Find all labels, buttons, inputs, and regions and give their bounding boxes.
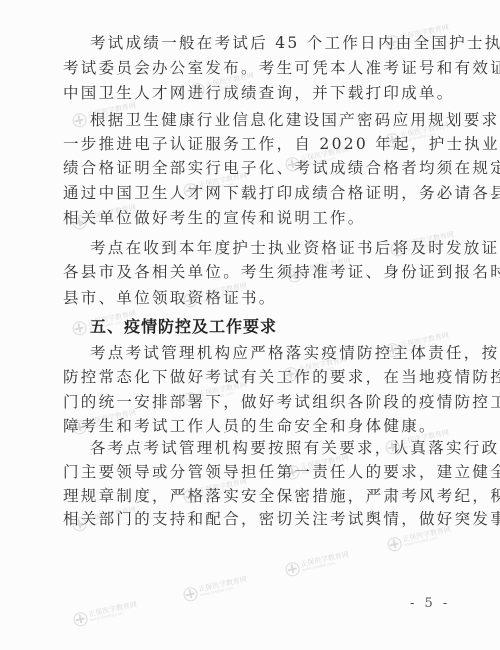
watermark: 正保医学教育网www.med66.com [182, 575, 248, 602]
watermark-logo-icon [72, 611, 89, 628]
paragraph-line: 门的统一安排部署下，做好考试组织各阶段的疫情防控工作，保 [63, 391, 443, 413]
paragraph-line: 各考点考试管理机构要按照有关要求，认真落实行政主管部 [90, 437, 470, 459]
watermark-logo-icon [71, 112, 88, 129]
paragraph-line: 相关部门的支持和配合，密切关注考试舆情，做好突发事件应急 [63, 508, 443, 530]
paragraph-line: 门主要领导或分管领导担任第一责任人的要求，建立健全考务管 [63, 461, 443, 483]
watermark: 正保医学教育网www.med66.com [284, 550, 350, 577]
watermark-logo-icon [284, 561, 301, 578]
paragraph-line: 通过中国卫生人才网下载打印成绩合格证明，务必请各县市、各 [63, 182, 443, 204]
watermark: 正保医学教育网www.med66.com [72, 600, 138, 627]
paragraph-line: 绩合格证明全部实行电子化、考试成绩合格者均须在规定时间内 [63, 157, 443, 179]
watermark-logo-icon [71, 320, 88, 337]
paragraph-line: 考点在收到本年度护士执业资格证书后将及时发放证书至 [90, 237, 470, 259]
watermark-logo-icon [182, 586, 199, 603]
paragraph-line: 考试委员会办公室发布。考生可凭本人准考证号和有效证件号在 [63, 57, 443, 79]
paragraph-line: 一步推进电子认证服务工作，自 2020 年起，护士执业资格考试成 [63, 133, 443, 155]
paragraph-line: 各县市及各相关单位。考生须持准考证、身份证到报名时所在的 [63, 261, 443, 283]
paragraph-line: 根据卫生健康行业信息化建设国产密码应用规划要求，为进 [90, 109, 470, 131]
paragraph-line: 县市、单位领取资格证书。 [63, 287, 443, 309]
paragraph-line: 障考生和考试工作人员的生命安全和身体健康。 [63, 415, 443, 437]
paragraph-line: 考试成绩一般在考试后 45 个工作日内由全国护士执业资格 [90, 32, 470, 54]
paragraph-line: 防控常态化下做好考试有关工作的要求，在当地疫情防控指挥部 [63, 366, 443, 388]
paragraph-line: 理规章制度，严格落实安全保密措施，严肃考风考纪，积极协调 [63, 485, 443, 507]
watermark-logo-icon [386, 536, 403, 553]
paragraph-line: 中国卫生人才网进行成绩查询，并下载打印成单。 [63, 82, 443, 104]
section-heading: 五、疫情防控及工作要求 [90, 316, 277, 338]
paragraph-line: 考点考试管理机构应严格落实疫情防控主体责任，按照疫情 [90, 342, 470, 364]
paragraph-line: 相关单位做好考生的宣传和说明工作。 [63, 207, 443, 229]
page-number: - 5 - [410, 596, 450, 611]
document-page: 考试成绩一般在考试后 45 个工作日内由全国护士执业资格 考试委员会办公室发布。… [0, 0, 500, 650]
